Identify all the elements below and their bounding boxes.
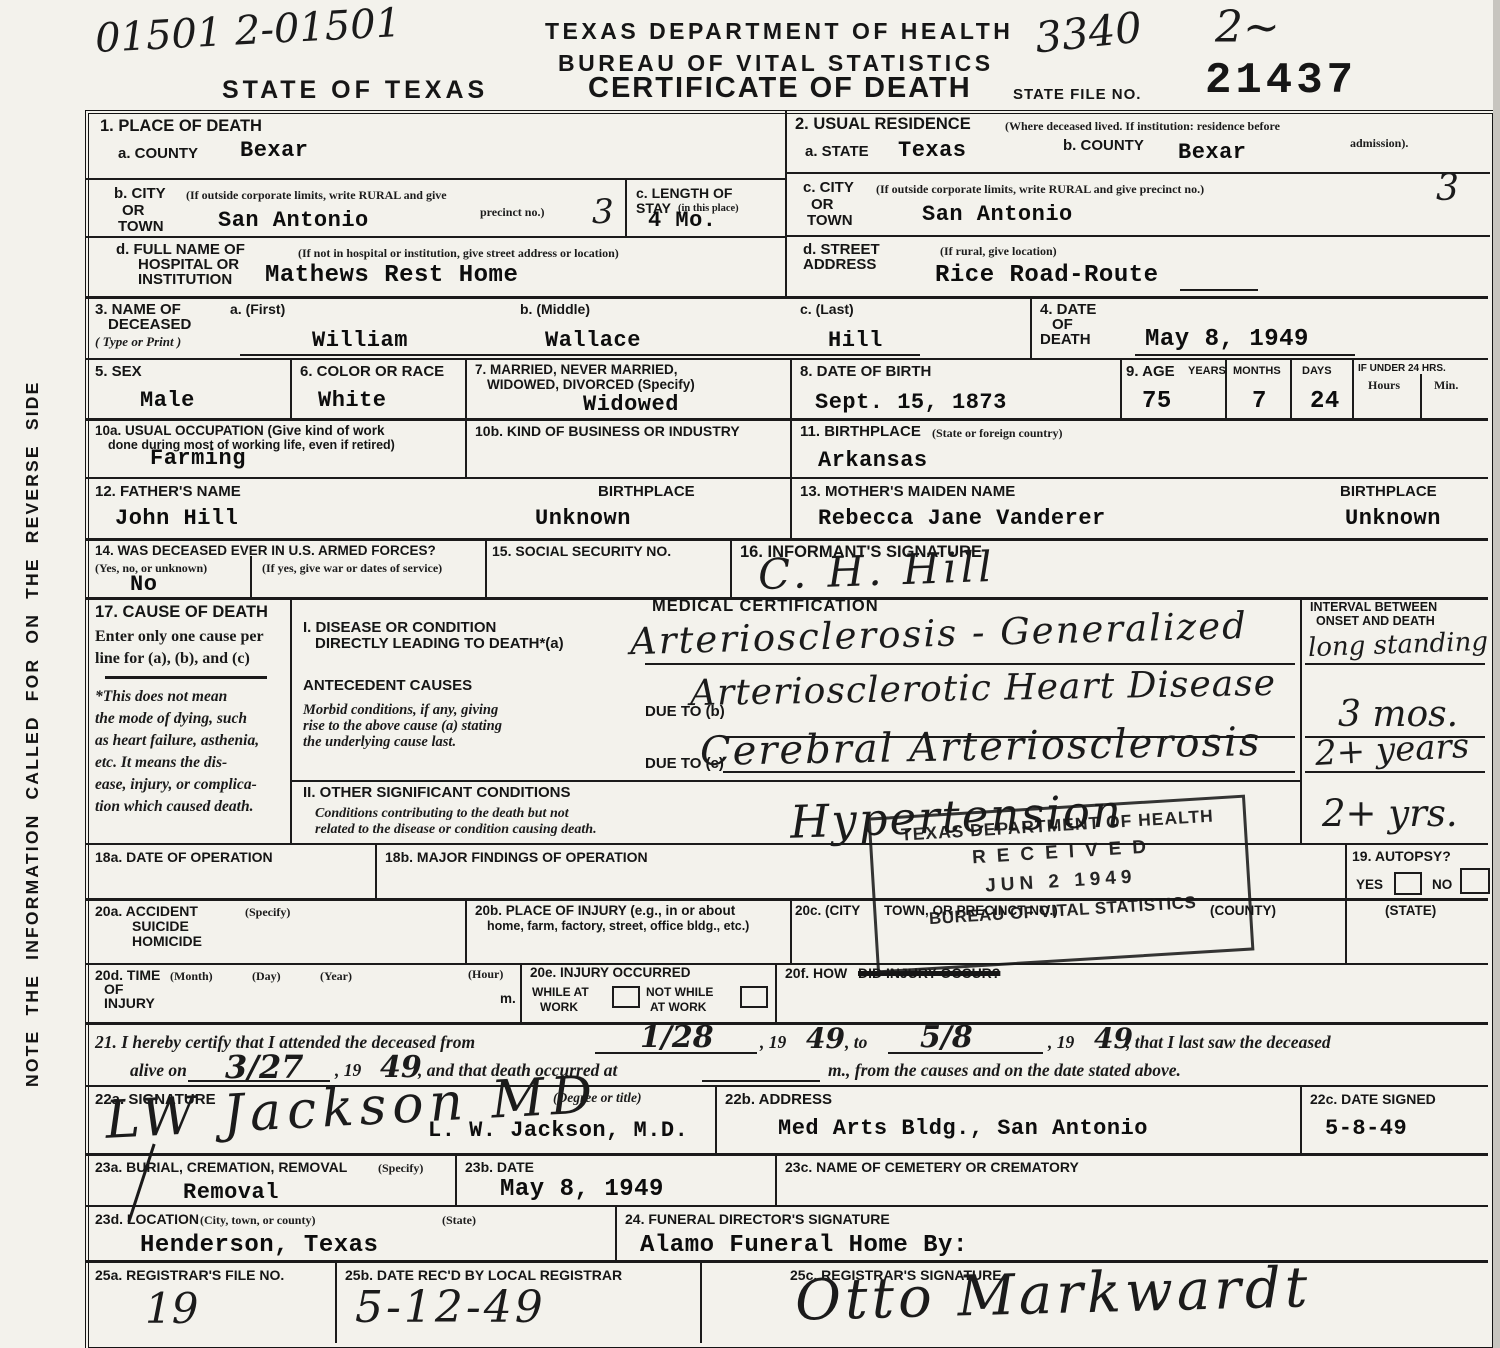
residence-town-label: TOWN [807,213,853,229]
rule-v [485,538,487,597]
certify-text-2: , that I last saw the deceased [1126,1032,1331,1053]
attended-from-date: 1/28 [640,1020,714,1055]
interval-ii-handwritten: 2+ yrs. [1322,792,1458,835]
street-hint: (If rural, give location) [940,244,1057,259]
place-of-injury-label-2: home, farm, factory, street, office bldg… [487,920,749,933]
antecedent-causes-label: ANTECEDENT CAUSES [303,678,472,694]
age-days-value: 24 [1310,388,1340,415]
last-name-value: Hill [828,328,883,353]
rule-v [730,538,732,597]
age-months-value: 7 [1252,388,1267,415]
date-of-operation-label: 18a. DATE OF OPERATION [95,850,273,865]
disease-label-1: I. DISEASE OR CONDITION [303,620,496,636]
place-of-injury-label-1: 20b. PLACE OF INJURY (e.g., in or about [475,904,735,918]
residence-state-label: a. STATE [805,144,869,160]
accident-hint: (Specify) [245,905,290,920]
residence-state-value: Texas [898,138,967,163]
interval-header-1: INTERVAL BETWEEN [1310,601,1437,614]
rule-v [615,1205,617,1260]
cause-footnote-2: the mode of dying, such [95,710,247,728]
certify-text-3: alive on [130,1060,187,1081]
usual-residence-hint-1: (Where deceased lived. If institution: r… [1005,119,1280,134]
burial-removal-label: 23a. BURIAL, CREMATION, REMOVAL [95,1160,347,1175]
received-stamp: TEXAS DEPARTMENT OF HEALTH RECEIVED JUN … [868,795,1255,974]
rule-v [1300,1085,1302,1153]
rule-h [85,358,1488,360]
rule-v [335,1260,337,1343]
sex-value: Male [140,388,195,413]
birthplace-label: 11. BIRTHPLACE [800,424,921,440]
institution-value: Mathews Rest Home [265,262,518,289]
physician-address-label: 22b. ADDRESS [725,1092,832,1108]
rule-v [1352,358,1354,418]
date-received-label: 25b. DATE REC'D BY LOCAL REGISTRAR [345,1268,622,1283]
autopsy-no-label: NO [1432,878,1452,892]
marital-label-1: 7. MARRIED, NEVER MARRIED, [475,363,678,377]
age-months-label: MONTHS [1233,366,1281,378]
certify-to-label: , to [845,1032,867,1053]
cause-note-line-2: line for (a), (b), and (c) [95,650,250,668]
injury-hour-label: (Hour) [468,967,503,982]
certify-year-pre-1: , 19 [760,1032,786,1053]
age-years-label: YEARS [1188,366,1226,378]
cause-c-handwritten: Cerebral Arteriosclerosis [700,719,1262,775]
while-at-work-label-2: WORK [540,1001,578,1014]
physician-name-typed: L. W. Jackson, M.D. [428,1118,688,1143]
date-signed-value: 5-8-49 [1325,1116,1407,1141]
street-value: Rice Road-Route [935,262,1159,289]
informant-signature-script: C. H. Hill [757,542,996,599]
age-label: 9. AGE [1126,364,1175,380]
not-while-at-work-label-2: AT WORK [650,1001,706,1014]
occupation-label-1: 10a. USUAL OCCUPATION (Give kind of work [95,424,385,438]
state-file-no-value: 21437 [1205,56,1357,106]
autopsy-yes-checkbox [1394,872,1422,895]
length-of-stay-value: 4 Mo. [648,208,717,233]
autopsy-no-checkbox [1460,868,1490,894]
disease-label-2: DIRECTLY LEADING TO DEATH*(a) [315,636,564,652]
scan-edge-shadow [1493,0,1500,1348]
date-of-birth-value: Sept. 15, 1873 [815,390,1007,415]
state-file-no-label: STATE FILE NO. [1013,87,1141,103]
burial-date-value: May 8, 1949 [500,1176,664,1203]
institution-label-3: INSTITUTION [138,272,232,288]
handwritten-number-1: 3340 [1033,3,1144,63]
rule-h [1135,354,1355,356]
how-injury-label: 20f. HOW [785,966,847,981]
armed-forces-hint-2: (If yes, give war or dates of service) [262,561,442,576]
usual-residence-hint-2: admission). [1350,136,1408,151]
armed-forces-label: 14. WAS DECEASED EVER IN U.S. ARMED FORC… [95,544,436,558]
residence-city-label: c. CITY [803,180,854,196]
rule-h [240,354,920,356]
rule-v [1120,358,1122,418]
father-name-label: 12. FATHER'S NAME [95,484,241,500]
marital-value: Widowed [583,392,679,417]
injury-city-label: 20c. (CITY [795,904,860,918]
length-of-stay-label-1: c. LENGTH OF [636,186,732,201]
sex-label: 5. SEX [95,364,142,380]
city-value: San Antonio [218,208,369,233]
injury-month-label: (Month) [170,969,213,984]
cause-footnote-5: ease, injury, or complica- [95,776,257,794]
rule-v [1030,296,1032,358]
rule-h [1180,289,1258,291]
industry-label: 10b. KIND OF BUSINESS OR INDUSTRY [475,424,740,439]
rule-v [790,418,792,477]
rule-h [85,236,785,238]
interval-a-handwritten: long standing [1308,627,1489,663]
mother-birthplace-label: BIRTHPLACE [1340,484,1437,500]
birthplace-hint: (State or foreign country) [932,426,1063,441]
burial-removal-value: Removal [183,1180,279,1205]
county-label: a. COUNTY [118,146,198,162]
interval-c-handwritten: 2+ years [1314,726,1470,774]
city-or-label: OR [122,203,145,219]
registrar-signature-script: Otto Markwardt [794,1255,1312,1333]
age-days-label: DAYS [1302,366,1332,378]
rule-v [465,358,467,418]
cause-footnote-3: as heart failure, asthenia, [95,732,259,750]
certificate-title: CERTIFICATE OF DEATH [588,72,972,105]
rule-v [290,597,292,843]
burial-location-label: 23d. LOCATION [95,1212,199,1227]
rule-v [775,1153,777,1205]
rule-v [290,358,292,418]
mother-name-label: 13. MOTHER'S MAIDEN NAME [800,484,1015,500]
rule-h [785,235,1490,237]
certify-text-5: m., from the causes and on the date stat… [828,1060,1181,1081]
rule-v [715,1085,717,1153]
rule-h [85,1205,1488,1207]
funeral-director-label: 24. FUNERAL DIRECTOR'S SIGNATURE [625,1212,890,1227]
date-of-death-label-3: DEATH [1040,332,1091,348]
morbid-note-3: the underlying cause last. [303,734,456,751]
hours-label: Hours [1368,378,1400,393]
attended-to-date: 5/8 [920,1020,973,1055]
state-of-texas-title: STATE OF TEXAS [222,76,488,105]
rule-h [1305,663,1485,665]
injury-year-label: (Year) [320,969,352,984]
precinct-handwritten: 3 [592,192,614,232]
name-label-3: ( Type or Print ) [95,334,181,350]
handwritten-number-2: 2~ [1215,2,1280,53]
date-signed-label: 22c. DATE SIGNED [1310,1092,1436,1107]
middle-name-label: b. (Middle) [520,302,590,317]
rule-h [1305,771,1485,773]
injury-day-label: (Day) [252,969,281,984]
interval-header-2: ONSET AND DEATH [1316,615,1435,628]
rule-v [700,1260,702,1343]
rule-h [85,296,1488,299]
residence-city-hint: (If outside corporate limits, write RURA… [876,182,1204,197]
rule-h [723,771,1295,773]
not-while-at-work-checkbox [740,986,768,1008]
attended-from-year: 49 [806,1022,845,1055]
cause-note-line-1: Enter only one cause per [95,628,264,646]
cemetery-label: 23c. NAME OF CEMETERY OR CREMATORY [785,1160,1079,1175]
other-conditions-label: II. OTHER SIGNIFICANT CONDITIONS [303,785,571,801]
rule-v [790,477,792,538]
other-conditions-note-1: Conditions contributing to the death but… [315,806,569,822]
city-label: b. CITY [114,186,166,202]
injury-m-label: m. [500,992,516,1006]
rule-v [1345,843,1347,963]
accident-label-2: SUICIDE [132,919,189,934]
rule-v [1290,358,1292,418]
while-at-work-checkbox [612,986,640,1008]
name-label-2: DECEASED [108,317,191,333]
cause-footnote-4: etc. It means the dis- [95,754,227,772]
while-at-work-label-1: WHILE AT [532,986,589,999]
city-hint-1: (If outside corporate limits, write RURA… [186,188,447,203]
rule-v [465,418,467,477]
residence-county-label: b. COUNTY [1063,138,1144,154]
armed-forces-value: No [130,572,157,597]
first-name-label: a. (First) [230,302,285,317]
ssn-label: 15. SOCIAL SECURITY NO. [492,544,671,559]
birthplace-value: Arkansas [818,448,928,473]
rule-h [290,780,1300,782]
accident-label-3: HOMICIDE [132,934,202,949]
rule-h [85,898,1488,901]
rule-h [702,1080,820,1082]
date-received-value: 5-12-49 [355,1282,546,1333]
residence-or-label: OR [811,197,834,213]
rule-v [1300,597,1302,843]
injury-occurred-label: 20e. INJURY OCCURRED [530,966,691,980]
rule-h [85,1022,1488,1025]
rule-h [85,178,785,180]
medical-certification-title: MEDICAL CERTIFICATION [652,598,879,615]
color-race-value: White [318,388,387,413]
rule-h [85,843,1488,845]
other-conditions-note-2: related to the disease or condition caus… [315,822,597,838]
death-certificate-page: 01501 2-01501 TEXAS DEPARTMENT OF HEALTH… [0,0,1500,1348]
morbid-note-2: rise to the above cause (a) stating [303,718,502,735]
middle-name-value: Wallace [545,328,641,353]
rule-v [785,110,787,296]
rule-h [85,1153,1488,1156]
cause-footnote-1: *This does not mean [95,688,227,706]
marital-label-2: WIDOWED, DIVORCED (Specify) [487,378,695,392]
physician-address-value: Med Arts Bldg., San Antonio [778,1116,1148,1141]
rule-v [250,556,252,597]
autopsy-label: 19. AUTOPSY? [1352,849,1451,864]
father-name-value: John Hill [115,506,238,531]
color-race-label: 6. COLOR OR RACE [300,364,444,380]
burial-removal-hint: (Specify) [378,1161,423,1176]
city-town-label: TOWN [118,219,164,235]
rule-v [790,898,792,963]
father-birthplace-label: BIRTHPLACE [598,484,695,500]
date-of-death-value: May 8, 1949 [1145,326,1309,353]
rule-v [1420,374,1422,418]
mother-name-value: Rebecca Jane Vanderer [818,506,1106,531]
occupation-value: Farming [150,446,246,471]
handwritten-serial: 01501 2-01501 [94,0,402,62]
residence-city-value: San Antonio [922,202,1073,227]
city-hint-2: precinct no.) [480,205,544,220]
cause-of-death-title: 17. CAUSE OF DEATH [95,604,268,621]
rule-v [520,963,522,1022]
major-findings-label: 18b. MAJOR FINDINGS OF OPERATION [385,850,648,865]
county-value: Bexar [240,138,309,163]
institution-hint: (If not in hospital or institution, give… [298,246,619,261]
last-name-label: c. (Last) [800,302,854,317]
residence-precinct-handwritten: 3 [1436,168,1459,209]
mother-birthplace-value: Unknown [1345,506,1441,531]
reverse-side-note: NOTE THE INFORMATION CALLED FOR ON THE R… [22,292,43,1087]
accident-label-1: 20a. ACCIDENT [95,904,198,919]
rule-h [85,538,1488,541]
rule-v [775,963,777,1022]
rule-h [85,418,1488,421]
funeral-director-value: Alamo Funeral Home By: [640,1232,968,1259]
date-of-birth-label: 8. DATE OF BIRTH [800,364,931,380]
morbid-note-1: Morbid conditions, if any, giving [303,702,498,719]
injury-state-label: (STATE) [1385,904,1436,918]
registrar-file-no-label: 25a. REGISTRAR'S FILE NO. [95,1268,284,1283]
burial-location-value: Henderson, Texas [140,1232,378,1259]
under-24-label: IF UNDER 24 HRS. [1358,364,1446,375]
burial-location-hint-1: (City, town, or county) [200,1213,315,1228]
street-label-2: ADDRESS [803,257,876,273]
first-name-value: William [312,328,408,353]
registrar-file-no-value: 19 [145,1284,198,1333]
burial-date-label: 23b. DATE [465,1160,534,1175]
not-while-at-work-label-1: NOT WHILE [646,986,713,999]
place-of-death-title: 1. PLACE OF DEATH [100,118,262,135]
certify-year-pre-2: , 19 [1048,1032,1074,1053]
rule-h [785,172,1490,174]
rule-v [455,1153,457,1205]
burial-location-hint-2: (State) [442,1213,476,1228]
rule-v [375,843,377,898]
residence-county-value: Bexar [1178,140,1247,165]
rule-v [625,178,627,236]
rule-v [790,358,792,418]
dept-title-line1: TEXAS DEPARTMENT OF HEALTH [545,18,1013,45]
min-label: Min. [1434,378,1458,393]
age-years-value: 75 [1142,388,1172,415]
rule-v [465,898,467,963]
father-birthplace-value: Unknown [535,506,631,531]
time-of-injury-label-3: INJURY [104,996,155,1011]
usual-residence-title: 2. USUAL RESIDENCE [795,116,971,133]
cause-footnote-6: tion which caused death. [95,798,253,816]
autopsy-yes-label: YES [1356,878,1383,892]
rule-h [105,676,267,679]
rule-h [85,477,1488,479]
